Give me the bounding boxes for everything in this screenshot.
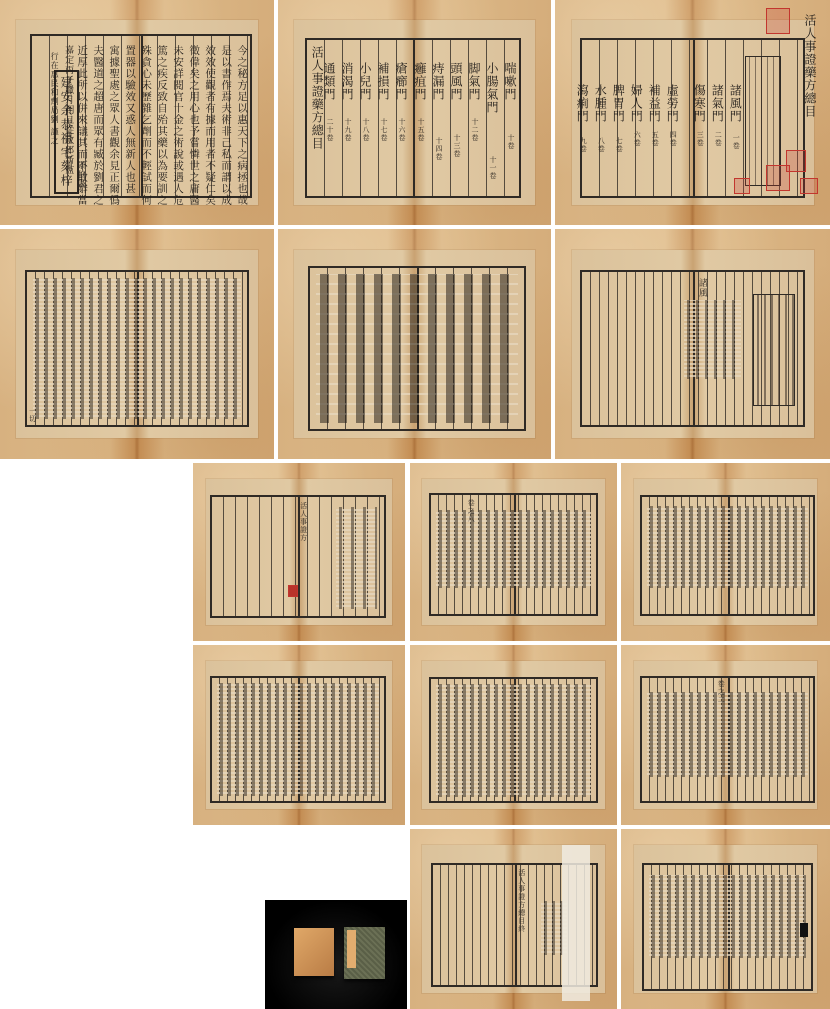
section-heading: 諸風: [697, 278, 706, 298]
printed-text-block: [33, 278, 240, 418]
volume-number: 二卷: [714, 131, 721, 147]
volume-number: 十二卷: [471, 118, 478, 142]
preface-column: 嘉定丙子臘月朔旦從政郎新監: [63, 45, 72, 175]
preface-column: 未安詳閱官十金之術說或遇人危: [173, 45, 184, 206]
inset-note-box: [753, 294, 795, 406]
text-frame: [429, 677, 599, 803]
contents-entry: 小兒門: [359, 62, 371, 101]
collector-seal: [734, 178, 750, 194]
contents-entry: 喘嗽門: [504, 62, 516, 101]
book-spread-text: 一切: [0, 229, 274, 459]
book-spread-contents-1: 諸風門 一卷 諸氣門 二卷 傷寒門 三卷 虛勞門 四卷 補益門 五卷 婦人門 六…: [555, 0, 830, 225]
volume-heading: 活人事證方: [300, 502, 307, 542]
contents-entry: 傷寒門: [693, 84, 705, 123]
contents-entry: 頭風門: [450, 62, 462, 101]
volume-number: 三卷: [696, 131, 703, 147]
printed-text-block: [647, 506, 808, 588]
book-spread-final-leaf: 活人事證方總目終: [410, 829, 617, 1009]
volume-number: 十七卷: [380, 118, 387, 142]
text-frame: 建安余恭禮宅刻梓 今之秘方足以惠天下之病拯也哉 是以書作焉夫術非己私而謂以成 效…: [30, 34, 252, 198]
volume-number: 九卷: [579, 137, 586, 153]
text-frame: [210, 676, 386, 804]
section-heading: 卷之八: [467, 499, 474, 523]
printed-text-block: [316, 274, 518, 423]
volume-number: 五卷: [651, 131, 658, 147]
volume-number: 十五卷: [417, 118, 424, 142]
red-seal: [288, 585, 298, 597]
printed-text-block: [336, 507, 377, 609]
volume-number: 十六卷: [398, 118, 405, 142]
center-fold: [515, 863, 517, 987]
book-spread-text: [621, 829, 830, 1009]
closing-heading: 活人事證方總目終: [518, 869, 525, 933]
volume-number: 十八卷: [362, 118, 369, 142]
preface-column: 置器以驗效又惑人無新人也甚: [125, 45, 136, 195]
contents-entry: 補損門: [377, 62, 389, 101]
contents-entry: 脾胃門: [612, 84, 624, 123]
contents-entry: 消渴門: [341, 62, 353, 101]
volume-number: 一卷: [732, 134, 739, 150]
contents-heading: 活人事證藥方總目: [804, 14, 816, 118]
volume-number: 十三卷: [453, 134, 460, 158]
contents-entry: 瘡癤門: [395, 62, 407, 101]
collector-seal: [800, 178, 818, 194]
preface-column: 徵偉矣之用心也予嘗憐世之庸醫: [189, 45, 200, 206]
volume-number: 十九卷: [344, 118, 351, 142]
book-spread-preface: 建安余恭禮宅刻梓 今之秘方足以惠天下之病拯也哉 是以書作焉夫術非己私而謂以成 效…: [0, 0, 274, 225]
preface-signature: 崇伯書: [77, 161, 85, 188]
text-frame: 活人事證方: [210, 495, 386, 618]
bound-volumes-photo: [265, 900, 407, 1009]
book-spread-half-blank: 活人事證方: [193, 463, 405, 641]
book-spread-volume-one: 諸風: [555, 229, 830, 459]
book-spread-text: [193, 645, 405, 825]
contents-entry: 脚氣門: [468, 62, 480, 101]
text-frame: [642, 863, 813, 991]
text-frame: 諸風: [580, 270, 806, 426]
preface-column: 篤之疾反致自殆其藥以為要訓之: [157, 45, 168, 206]
contents-entry: 諸氣門: [711, 84, 723, 123]
text-frame: 卷之八: [429, 493, 599, 616]
collector-seal: [766, 165, 790, 191]
page-mark: 一切: [29, 407, 36, 423]
printed-text-block: [436, 510, 592, 588]
volume-number: 十一卷: [489, 156, 496, 180]
contents-entry: 虛勞門: [666, 84, 678, 123]
volume-number: 四卷: [669, 131, 676, 147]
section-heading: 卷之二: [717, 680, 724, 704]
volume-number: 八卷: [597, 137, 604, 153]
preface-column: 行在惠民和劑局劉 謹之: [50, 52, 58, 146]
book-spread-volume-two: 卷之二: [621, 645, 830, 825]
book-spread-text: [621, 463, 830, 641]
preface-column: 是以書作焉夫術非己私而謂以成: [221, 45, 232, 206]
printed-text-block: [684, 300, 742, 379]
text-frame: 一切: [25, 270, 250, 426]
printed-text-block: [649, 875, 806, 958]
volume-number: 二十卷: [326, 118, 333, 142]
printed-text-block: [647, 692, 808, 776]
text-frame: [308, 266, 526, 432]
book-spread-text: [410, 645, 617, 825]
contents-entry: 補益門: [648, 84, 660, 123]
preface-column: 夫醫道之超唐而眾有臧於劉君之: [93, 45, 104, 206]
contents-entry: 婦人門: [630, 84, 642, 123]
contents-entry: 通類門: [323, 62, 335, 101]
printed-text-block: [436, 684, 592, 796]
book-case-brocade: [344, 927, 385, 979]
printed-text-block: [217, 683, 379, 797]
volume-number: 六卷: [633, 131, 640, 147]
title-slip: [347, 930, 356, 968]
preface-column: 寓據聖處之眾人書觀余見正爾僞: [109, 45, 120, 206]
ink-block: [800, 923, 808, 937]
contents-entry: 水腫門: [594, 84, 606, 123]
book-volume-plain: [294, 928, 334, 976]
paper-repair-strip: [562, 845, 590, 1001]
book-spread-text: [278, 229, 551, 459]
volume-number: 十四卷: [435, 137, 442, 161]
collector-seal: [766, 8, 790, 34]
text-frame: [640, 495, 816, 616]
contents-entry: 癰疽門: [414, 62, 426, 101]
contents-entry: 痔漏門: [432, 62, 444, 101]
preface-column: 效效使觀者有據而用者不疑仁矣: [205, 45, 216, 206]
text-frame: 活人事證藥方總目 喘嗽門 十卷 小腸氣門 十一卷 脚氣門 十二卷 頭風門 十三卷…: [305, 38, 521, 198]
volume-number: 十卷: [507, 134, 514, 150]
book-spread-volume-eight: 卷之八: [410, 463, 617, 641]
preface-column: 殊貪心未歷雜乞劑而不輕試而何: [141, 45, 152, 206]
text-frame: 卷之二: [640, 676, 816, 804]
contents-entry: 小腸氣門: [486, 62, 498, 114]
preface-column: 今之秘方足以惠天下之病拯也哉: [237, 45, 248, 206]
book-spread-contents-2: 活人事證藥方總目 喘嗽門 十卷 小腸氣門 十一卷 脚氣門 十二卷 頭風門 十三卷…: [278, 0, 551, 225]
volume-number: 七卷: [615, 137, 622, 153]
contents-entry: 瀉痢門: [576, 84, 588, 123]
contents-entry: 諸風門: [729, 84, 741, 123]
